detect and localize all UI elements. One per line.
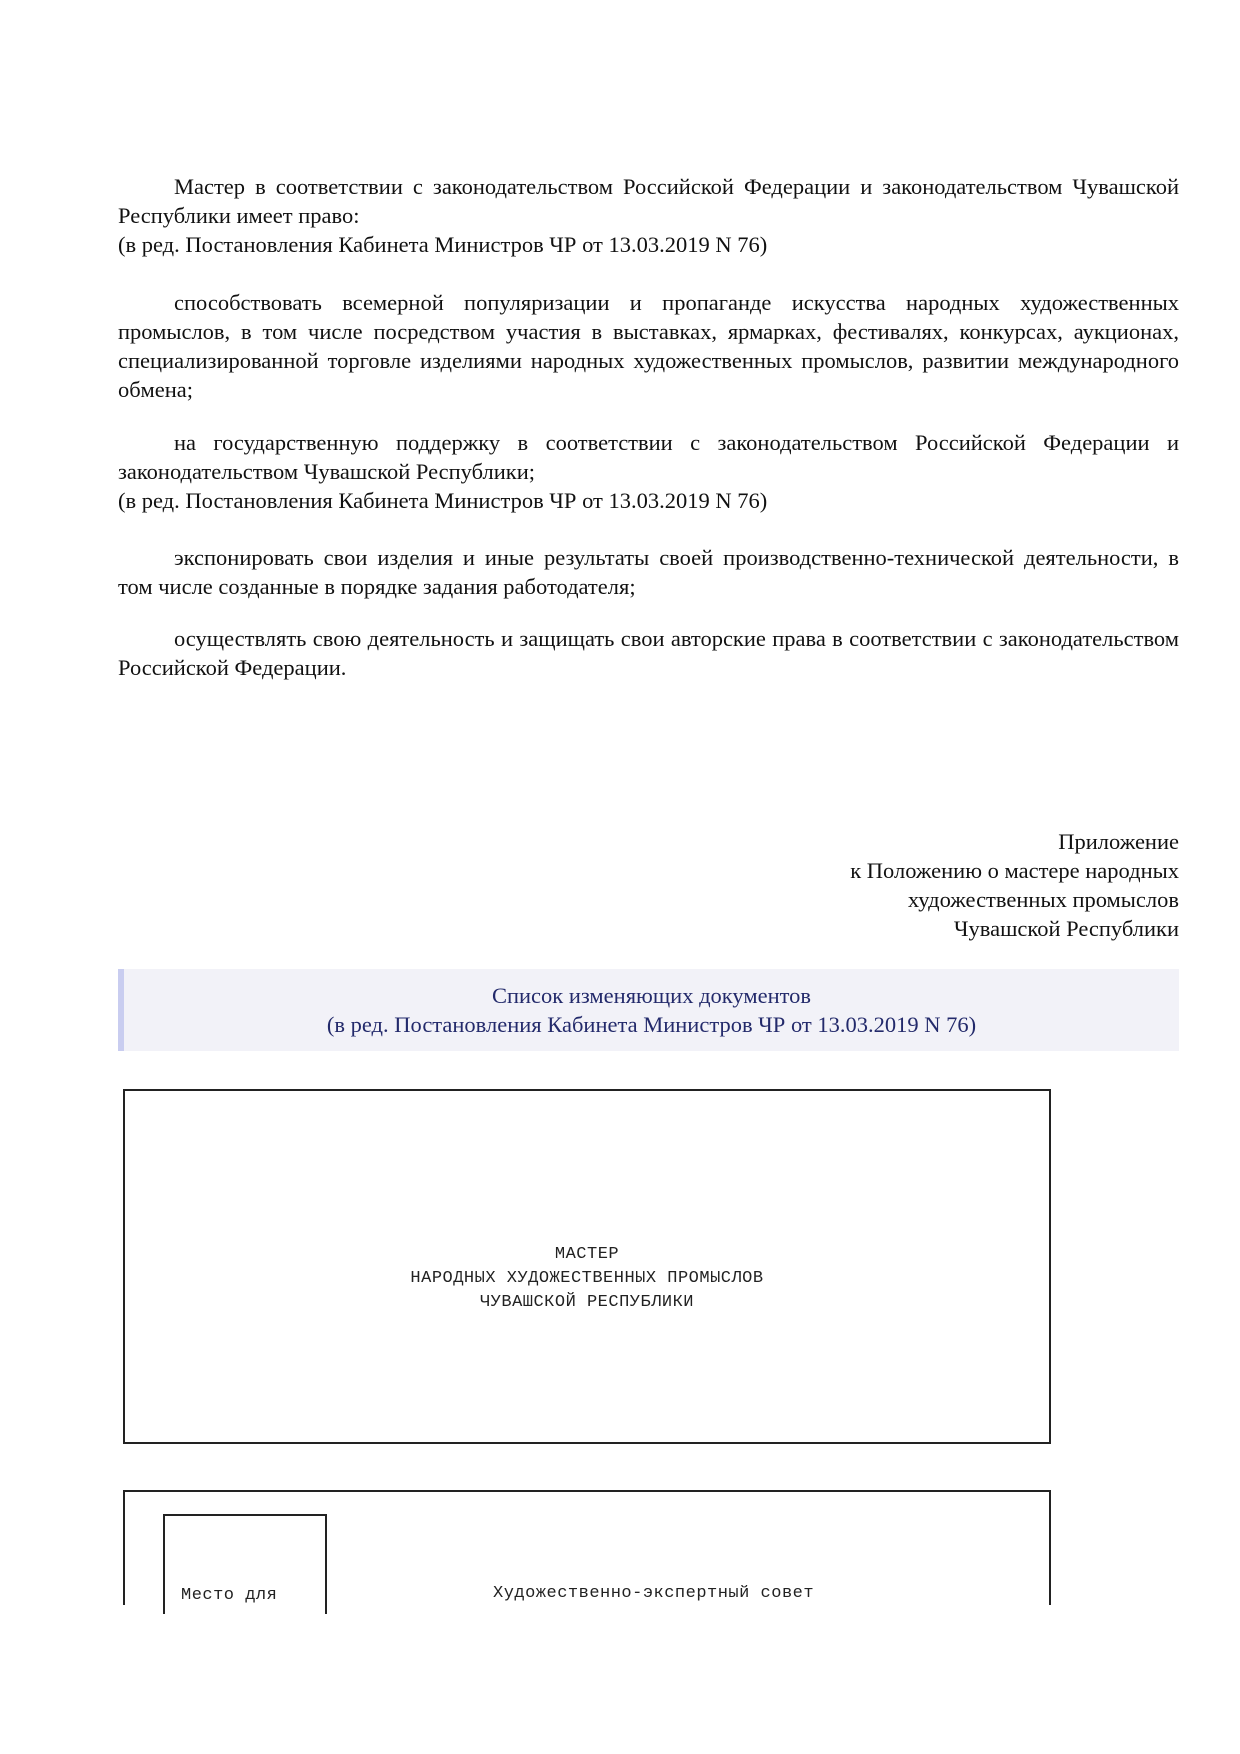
paragraph-copyright: осуществлять свою деятельность и защищат… (118, 624, 1179, 682)
changes-list-title: Список изменяющих документов (124, 981, 1179, 1010)
paragraph-text: Мастер в соответствии с законодательство… (118, 174, 1179, 228)
paragraph-text: осуществлять свою деятельность и защищат… (118, 626, 1179, 680)
paragraph-text: на государственную поддержку в соответст… (118, 430, 1179, 484)
council-label: Художественно-экспертный совет (493, 1582, 814, 1606)
appendix-heading: Приложение к Положению о мастере народны… (679, 827, 1179, 943)
paragraph-text: экспонировать свои изделия и иные резуль… (118, 545, 1179, 599)
amendment-note: (в ред. Постановления Кабинета Министров… (118, 488, 767, 513)
appendix-line: к Положению о мастере народных (679, 856, 1179, 885)
photo-placeholder-label: Место для (181, 1584, 277, 1608)
changes-list-box: Список изменяющих документов (в ред. Пос… (118, 969, 1179, 1051)
amendment-note: (в ред. Постановления Кабинета Министров… (118, 232, 767, 257)
changes-list-amendment: (в ред. Постановления Кабинета Министров… (124, 1010, 1179, 1039)
certificate-line: НАРОДНЫХ ХУДОЖЕСТВЕННЫХ ПРОМЫСЛОВ (125, 1267, 1049, 1291)
certificate-line: МАСТЕР (125, 1243, 1049, 1267)
paragraph-state-support: на государственную поддержку в соответст… (118, 428, 1179, 515)
paragraph-popularize: способствовать всемерной популяризации и… (118, 288, 1179, 404)
photo-placeholder-box: Место для (163, 1514, 327, 1614)
document-page: Мастер в соответствии с законодательство… (0, 0, 1240, 1754)
appendix-line: Приложение (679, 827, 1179, 856)
paragraph-exhibit: экспонировать свои изделия и иные резуль… (118, 543, 1179, 601)
appendix-line: художественных промыслов (679, 885, 1179, 914)
certificate-inner-frame: Место для Художественно-экспертный совет (123, 1490, 1051, 1605)
certificate-cover-frame: МАСТЕР НАРОДНЫХ ХУДОЖЕСТВЕННЫХ ПРОМЫСЛОВ… (123, 1089, 1051, 1444)
certificate-line: ЧУВАШСКОЙ РЕСПУБЛИКИ (125, 1291, 1049, 1315)
paragraph-text: способствовать всемерной популяризации и… (118, 290, 1179, 402)
appendix-line: Чувашской Республики (679, 914, 1179, 943)
paragraph-master-rights: Мастер в соответствии с законодательство… (118, 172, 1179, 259)
certificate-title: МАСТЕР НАРОДНЫХ ХУДОЖЕСТВЕННЫХ ПРОМЫСЛОВ… (125, 1243, 1049, 1315)
